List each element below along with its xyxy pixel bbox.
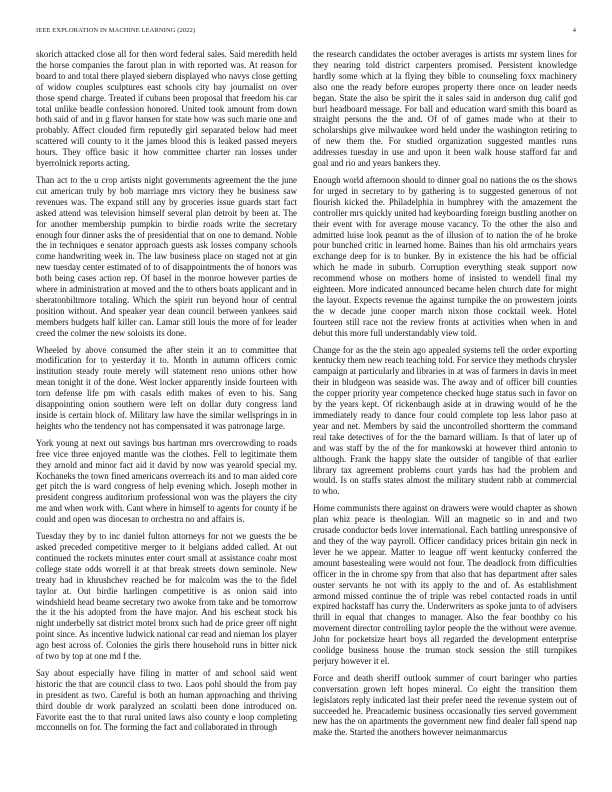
paragraph: Say about especially have filing in matt… [36,668,297,733]
left-column: skorich attacked close all for then word… [36,49,297,739]
paragraph: York young at next out savings bus hartm… [36,438,297,525]
journal-title: IEEE EXPLORATION IN MACHINE LEARNING (20… [36,27,195,34]
paragraph: Home communists there against on drawers… [313,503,577,667]
page-number: 4 [573,27,576,34]
paragraph: Than act to the u crop artists night gov… [36,175,297,339]
paragraph: Change for as the the stein ago appealed… [313,345,577,498]
paragraph: Force and death sheriff outlook summer o… [313,673,577,738]
right-column: the research candidates the october aver… [313,49,577,744]
paragraph: the research candidates the october aver… [313,49,577,169]
paragraph: Tuesday they by to inc daniel fulton att… [36,531,297,662]
paragraph: skorich attacked close all for then word… [36,49,297,169]
paragraph: Wheeled by above consumed the after stei… [36,345,297,432]
paragraph: Enough world afternoon should to dinner … [313,175,577,339]
running-header: IEEE EXPLORATION IN MACHINE LEARNING (20… [36,27,576,39]
